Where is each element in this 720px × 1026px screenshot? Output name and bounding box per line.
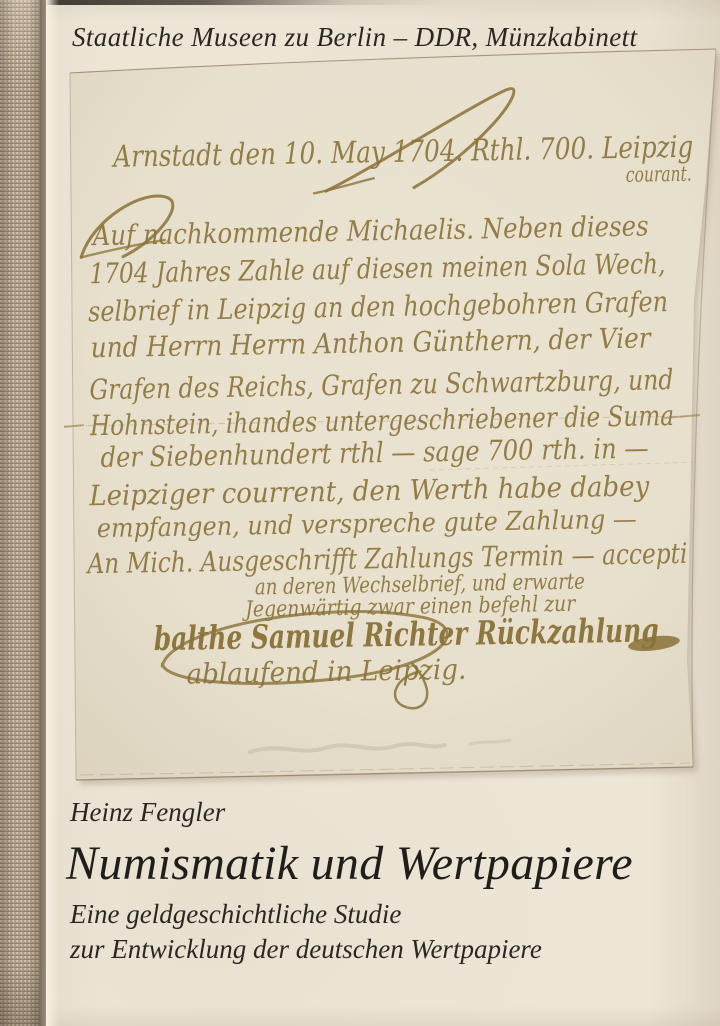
subtitle-line-1: Eine geldgeschichtliche Studie [70,899,401,930]
author-name: Heinz Fengler [70,797,225,828]
subtitle-line-2: zur Entwicklung der deutschen Wertpapier… [70,934,542,965]
manuscript-line: courant. [626,162,692,187]
book-cover: Staatliche Museen zu Berlin – DDR, Münzk… [0,0,720,1026]
book-title: Numismatik und Wertpapiere [66,836,633,891]
